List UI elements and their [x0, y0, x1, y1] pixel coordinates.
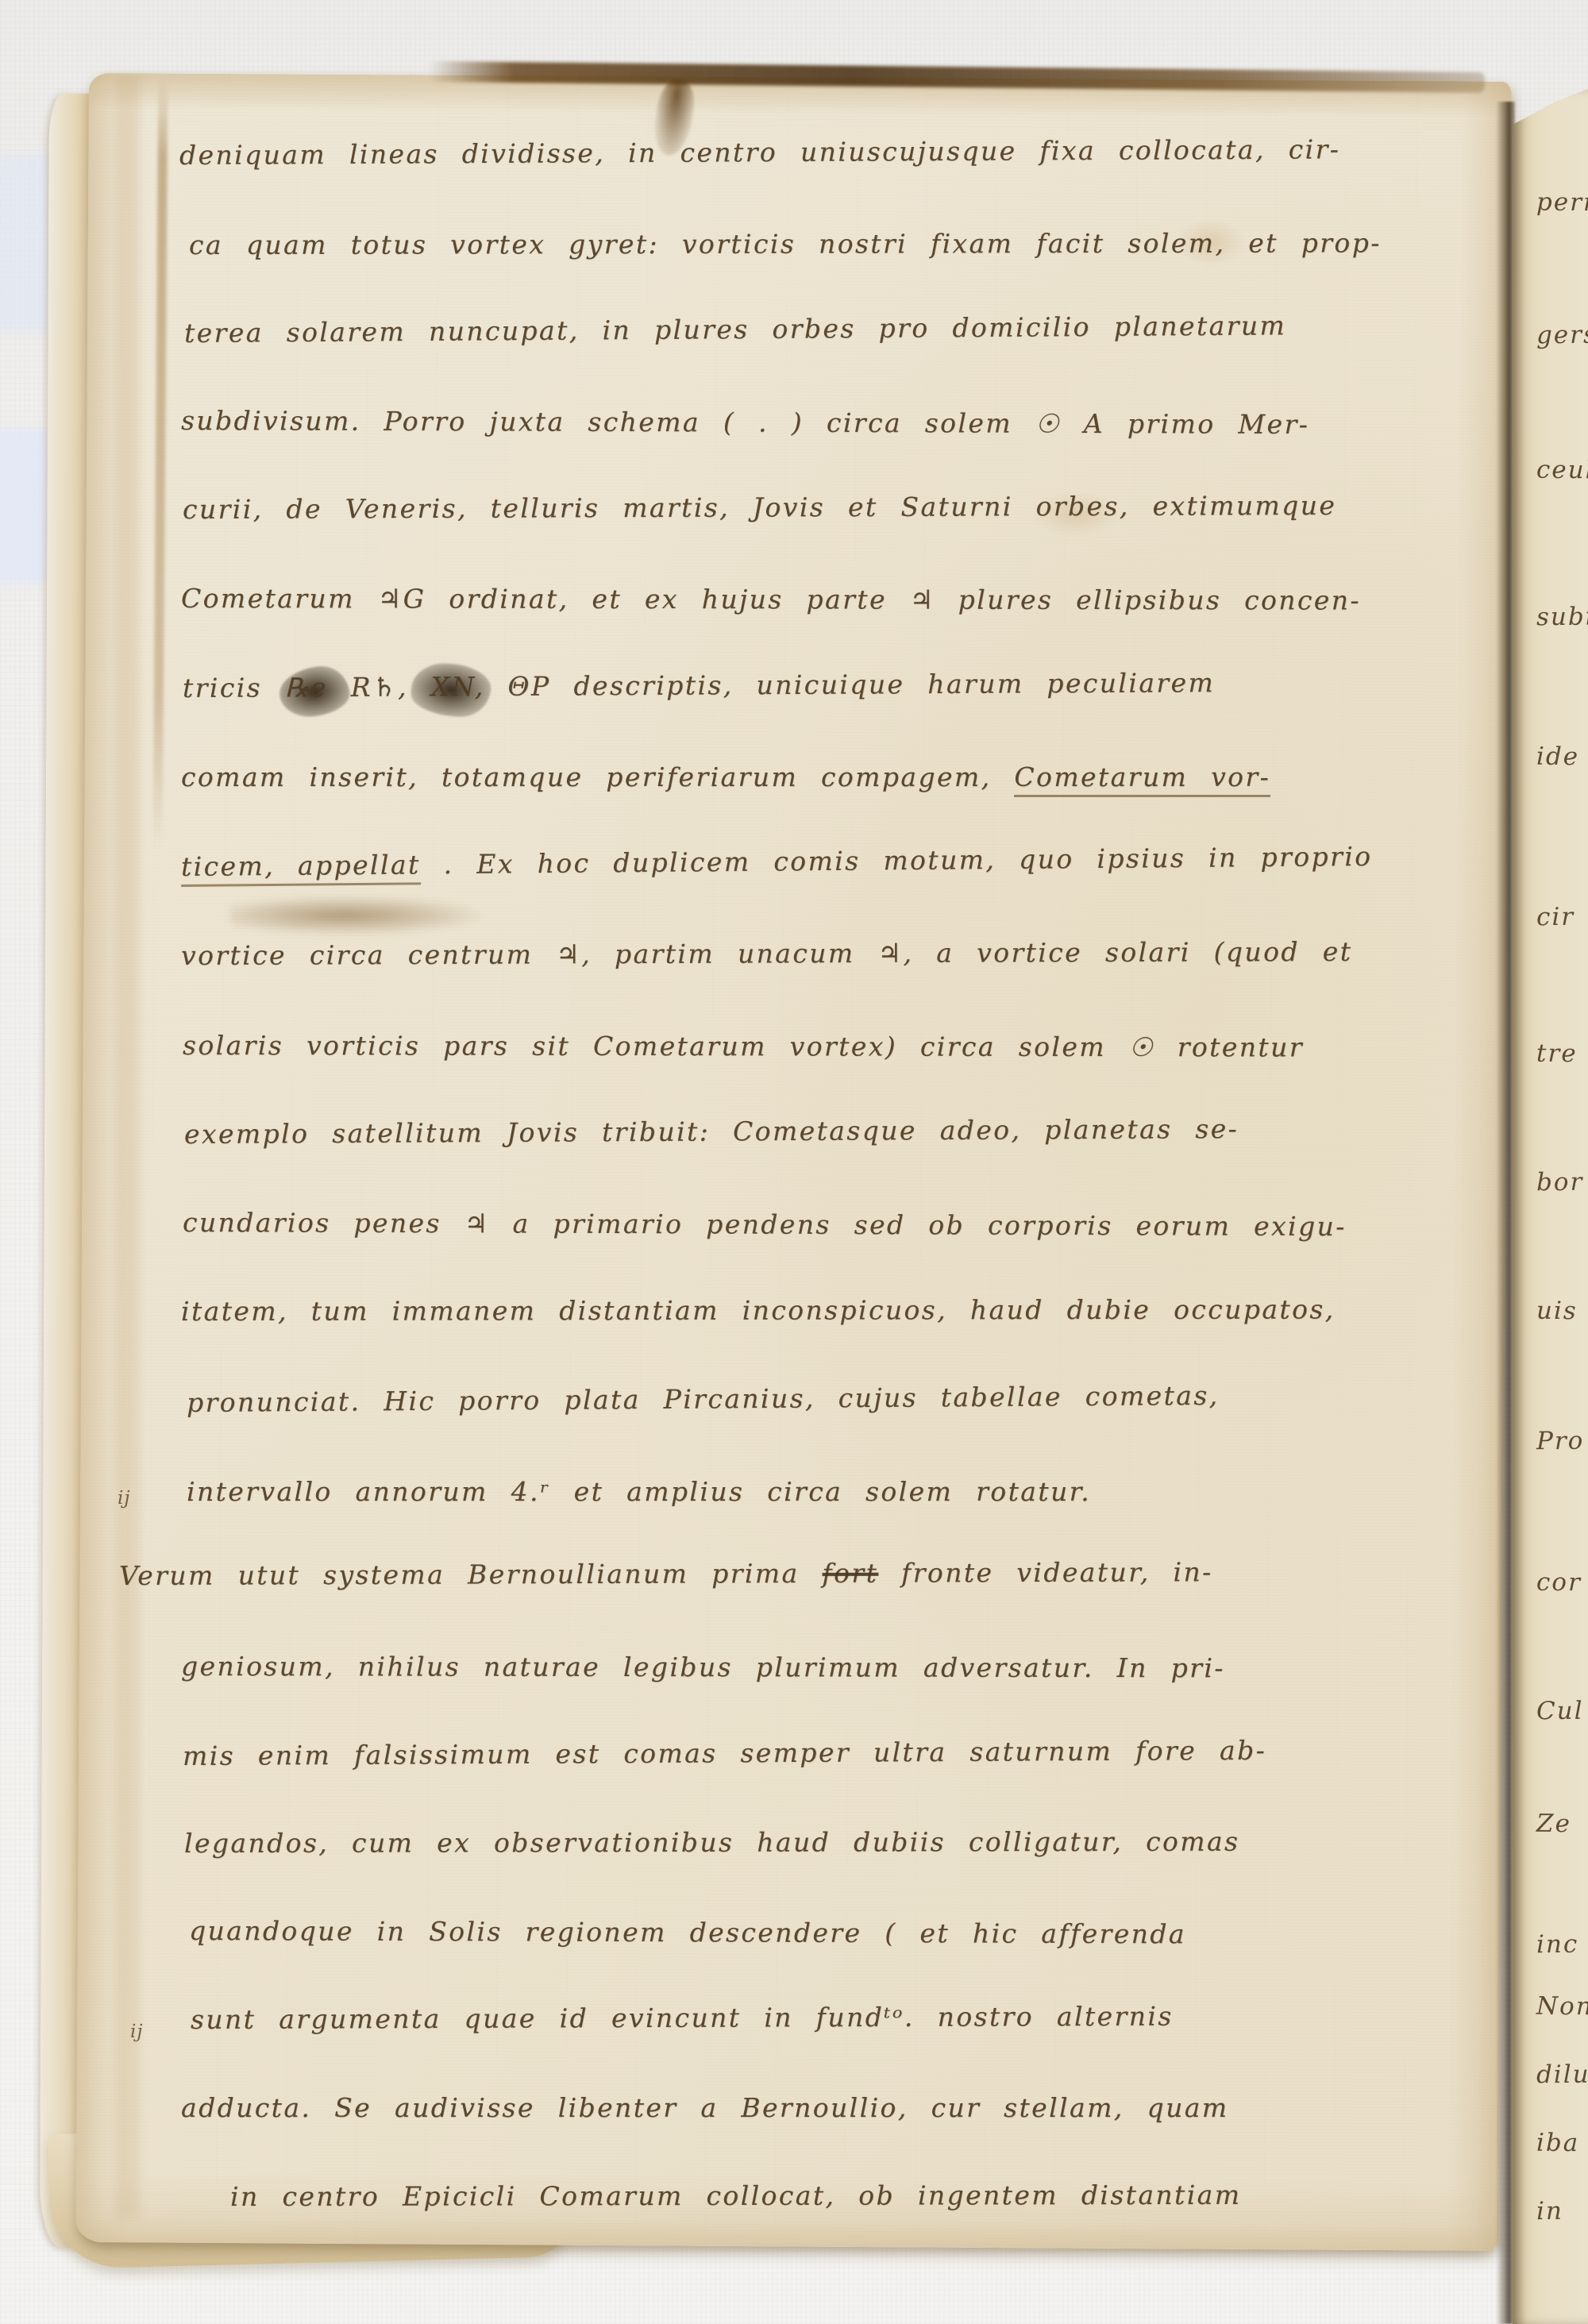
manuscript-line: comam inserit, totamque periferiarum com…	[181, 763, 1270, 792]
marginal-mark: ij	[130, 2023, 144, 2041]
manuscript-line: intervallo annorum 4.ʳ et amplius circa …	[187, 1478, 1091, 1506]
marginal-mark: ij	[118, 1490, 131, 1508]
manuscript-line: ca quam totus vortex gyret: vorticis nos…	[189, 229, 1382, 260]
right-page-line-fragment: Non	[1536, 1994, 1588, 2020]
right-page-line-fragment: ide	[1536, 745, 1579, 769]
right-page-line-fragment: in	[1536, 2199, 1563, 2224]
right-page-line-fragment: Pro	[1536, 1429, 1585, 1455]
line-text: comam inserit, totamque periferiarum com…	[181, 761, 1014, 792]
underlined-phrase: ticem, appellat	[181, 849, 421, 887]
manuscript-line: pronunciat. Hic porro plata Pircanius, c…	[187, 1382, 1220, 1417]
manuscript-line: geniosum, nihilus naturae legibus plurim…	[181, 1652, 1225, 1683]
manuscript-line: Verum utut systema Bernoullianum prima f…	[119, 1558, 1213, 1590]
manuscript-line: mis enim falsissimum est comas semper ul…	[183, 1736, 1266, 1771]
manuscript-line: solaris vorticis pars sit Cometarum vort…	[183, 1031, 1304, 1062]
manuscript-line: deniquam lineas dividisse, in centro uni…	[179, 135, 1340, 170]
right-page-line-fragment: iba	[1536, 2131, 1580, 2156]
line-text: fronte videatur, in-	[878, 1556, 1213, 1588]
manuscript-line: sunt argumenta quae id evincunt in fundᵗ…	[191, 2002, 1174, 2035]
right-page-line-fragment: dilu	[1536, 2063, 1588, 2088]
underlined-phrase: Cometarum vor-	[1014, 761, 1270, 797]
right-page-line-fragment: gers	[1536, 323, 1588, 349]
manuscript-line: itatem, tum immanem distantiam inconspic…	[181, 1295, 1336, 1326]
manuscript-line: legandos, cum ex observationibus haud du…	[184, 1828, 1239, 1859]
line-text: . Ex hoc duplicem comis motum, quo ipsiu…	[420, 841, 1372, 880]
manuscript-line: in centro Epicicli Comarum collocat, ob …	[230, 2181, 1241, 2212]
struck-word: fort	[822, 1558, 878, 1589]
manuscript-line: vortice circa centrum ♃, partim unacum ♃…	[181, 938, 1352, 970]
right-page-edge: permgersceulsubiidecirtreboruisProcorCul…	[1513, 89, 1588, 2324]
right-page-line-fragment: inc	[1536, 1933, 1579, 1957]
manuscript-line: exemplo satellitum Jovis tribuit: Cometa…	[184, 1115, 1239, 1149]
manuscript-line: cundarios penes ♃ a primario pendens sed…	[183, 1208, 1347, 1241]
manuscript-line: terea solarem nuncupat, in plures orbes …	[184, 311, 1286, 348]
manuscript-line: ticem, appellat . Ex hoc duplicem comis …	[181, 842, 1373, 881]
manuscript-line: curii, de Veneris, telluris martis, Jovi…	[183, 491, 1336, 524]
right-page-line-fragment: subi	[1536, 605, 1588, 630]
right-page-line-fragment: tre	[1536, 1042, 1578, 1066]
right-page-line-fragment: perm	[1536, 191, 1588, 216]
line-text: Verum utut systema Bernoullianum prima	[119, 1558, 823, 1591]
manuscript-line: adducta. Se audivisse libenter a Bernoul…	[181, 2094, 1229, 2122]
right-page-line-fragment: ceul	[1536, 458, 1588, 484]
right-page-line-fragment: bor	[1536, 1170, 1584, 1196]
manuscript-line: tricis ℞̵e R♄, XN, ΘP descriptis, unicui…	[183, 669, 1215, 703]
right-page-line-fragment: Ze	[1536, 1812, 1571, 1836]
book-gutter-shadow	[1496, 102, 1515, 2324]
manuscript-line: quandoque in Solis regionem descendere (…	[189, 1917, 1186, 1949]
manuscript-photo: deniquam lineas dividisse, in centro uni…	[0, 0, 1588, 2324]
manuscript-line: subdivisum. Porro juxta schema ( . ) cir…	[181, 407, 1309, 439]
manuscript-line: Cometarum ♃G ordinat, et ex hujus parte …	[181, 584, 1361, 615]
right-page-line-fragment: uis	[1536, 1299, 1578, 1324]
right-page-line-fragment: Cul	[1536, 1699, 1584, 1725]
right-page-line-fragment: cor	[1536, 1571, 1582, 1595]
handwriting-text-layer: deniquam lineas dividisse, in centro uni…	[0, 0, 1588, 2324]
right-page-line-fragment: cir	[1536, 905, 1575, 930]
